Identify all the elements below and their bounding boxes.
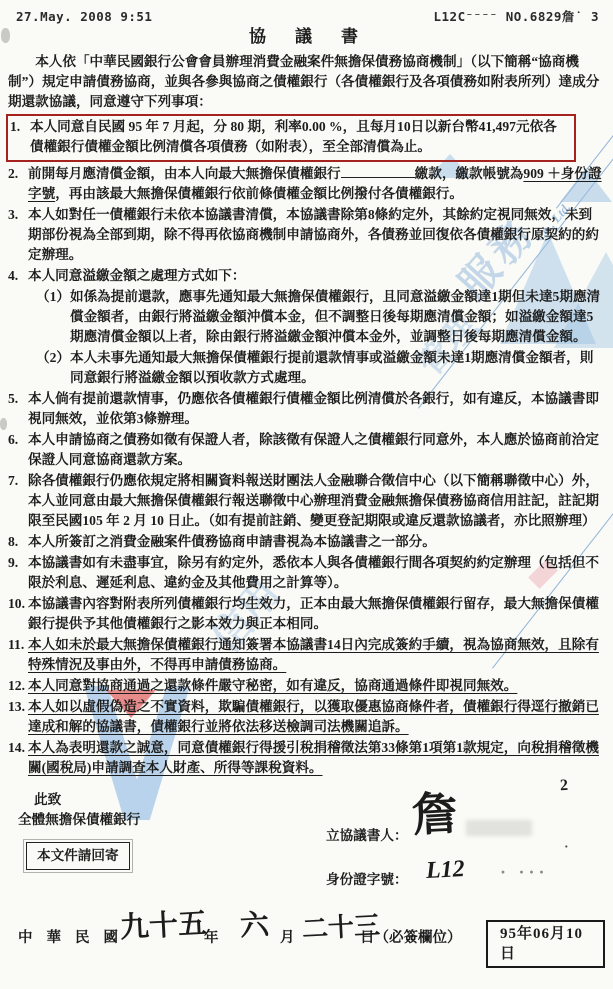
clause-text: 繳款，繳款帳號為 [415,166,524,181]
fax-timestamp: 27.May. 2008 9:51 [16,7,152,27]
id-number-label: 身份證字號： [326,870,408,890]
handwritten-mark: ˙ [564,842,569,862]
clause-9: 9.本協議書如有未盡事宜，除另有約定外，悉依本人與各債權銀行間各項契約約定辦理（… [8,553,605,593]
clause-13-underlined: 13.本人如以虛假偽造之不實資料，欺騙債權銀行，以獲取優惠協商條件者，債權銀行得… [8,697,605,737]
return-document-box: 本文件請回寄 [26,842,130,870]
clause-text: 本人如對任一債權銀行未依本協議書清償，本協議書除第8條約定外，其餘約定視同無效，… [28,207,599,262]
handwritten-month: 六 [239,915,269,936]
clause-number: 11. [8,635,28,655]
clause-8: 8.本人所簽訂之消費金融案件債務協商申請書視為本協議書之一部分。 [8,532,605,552]
clause-text: 本人如未於最大無擔保債權銀行通知簽署本協議書14日內完成簽約手續，視為協商無效，… [28,637,599,672]
date-line: 中華民國 九十五 年 六 月 二十三 日（必簽欄位） 95年06月10日 [8,918,605,968]
clause-number: 9. [8,553,28,573]
clause-3: 3.本人如對任一債權銀行未依本協議書清償，本協議書除第8條約定外，其餘約定視同無… [8,205,605,265]
clause-number: 7. [8,471,28,491]
page-title: 協 議 書 [8,27,605,47]
clause-text: 本協議書內容對附表所列債權銀行均生效力，正本由最大無擔保債權銀行留存，最大無擔保… [28,596,599,631]
clause-4-sub-1: （1）如係為提前還款，應事先通知最大無擔保債權銀行，且同意溢繳金額達1期但未達5… [8,287,605,347]
highlight-box: 1.本人同意自民國 95 年 7 月起，分 80 期，利率0.00 %，且每月1… [6,114,576,162]
clause-number: 6. [8,430,28,450]
clause-number: 1. [10,117,30,137]
clause-number: 5. [8,389,28,409]
signature-blur-smudge [466,820,532,836]
sub-number: （2） [36,350,70,365]
clause-12-underlined: 12.本人同意對協商通過之還款條件嚴守秘密，如有違反，協商通過條件即視同無效。 [8,676,605,696]
clause-4: 4.本人同意溢繳金額之處理方式如下： [8,266,605,286]
signer-label: 立協議書人： [326,826,408,846]
clause-7: 7.除各債權銀行仍應依規定將相關資料報送財團法人金融聯合徵信中心（以下簡稱聯徵中… [8,471,605,531]
fax-header: 27.May. 2008 9:51 L12C⁻⁻⁻⁻ NO.6829詹˙ 3 [8,5,605,27]
clause-text: 本人同意對協商通過之還款條件嚴守秘密，如有違反，協商通過條件即視同無效。 [28,678,517,693]
clause-11-underlined: 11.本人如未於最大無擔保債權銀行通知簽署本協議書14日內完成簽約手續，視為協商… [8,635,605,675]
clause-number: 8. [8,532,28,552]
handwritten-id-number: L12 [426,859,466,881]
handwritten-signature: 詹 [411,791,459,839]
scanned-agreement-page: 服務 Co., Ltd. 管理 信用 27.May. 2008 9:51 L12… [0,0,613,989]
clause-text: 本人倘有提前還款情事，仍應依各債權銀行債權金額比例清償於各銀行，如有違反，本協議… [28,391,599,426]
clause-text: 本人為表明還款之誠意，同意債權銀行得援引稅捐稽徵法第33條第1項第1款規定，向稅… [28,740,599,775]
clause-number: 4. [8,266,28,286]
roc-era-label: 中華民國 [18,928,132,948]
clause-10: 10.本協議書內容對附表所列債權銀行均生效力，正本由最大無擔保債權銀行留存，最大… [8,594,605,634]
clause-text: 除各債權銀行仍應依規定將相關資料報送財團法人金融聯合徵信中心（以下簡稱聯徵中心）… [28,473,599,528]
clause-text: ，再由該最大無擔保債權銀行依前條債權金額比例撥付各債權銀行。 [55,186,463,201]
handwritten-year: 九十五 [120,914,208,939]
closing-section: 此致 全體無擔保債權銀行 本文件請回寄 立協議書人： 詹 2 ˙ 身份證字號： … [8,790,605,989]
day-unit-and-required-note: 日（必簽欄位） [360,928,462,948]
fax-page-id: L12C⁻⁻⁻⁻ NO.6829詹˙ 3 [434,7,600,27]
clause-number: 13. [8,697,28,717]
clause-text: 本人同意溢繳金額之處理方式如下： [28,268,246,283]
date-stamp-box: 95年06月10日 [486,920,605,968]
year-unit: 年 [204,928,219,948]
clause-number: 12. [8,676,28,696]
clause-4-sub-2: （2）本人未事先通知最大無擔保債權銀行提前還款情事或溢繳金額未達1期應清償金額者… [8,348,605,388]
clause-text: 本人所簽訂之消費金融案件債務協商申請書視為本協議書之一部分。 [28,534,436,549]
month-unit: 月 [280,928,295,948]
clause-5: 5.本人倘有提前還款情事，仍應依各債權銀行債權金額比例清償於各銀行，如有違反，本… [8,389,605,429]
sub-text: 本人未事先通知最大無擔保債權銀行提前還款情事或溢繳金額未達1期應清償金額者，則同… [70,350,593,385]
clause-number: 2. [8,164,28,184]
salutation: 此致 [34,790,61,810]
addressee: 全體無擔保債權銀行 [18,810,140,830]
clause-text: 本協議書如有未盡事宜，除另有約定外，悉依本人與各債權銀行間各項契約約定辦理（包括… [28,555,599,590]
clause-text: 本人同意自民國 95 年 7 月起，分 80 期，利率0.00 %，且每月10日… [30,119,557,154]
clause-number: 14. [8,738,28,758]
clause-6: 6.本人申請協商之債務如徵有保證人者，除該徵有保證人之債權銀行同意外，本人應於協… [8,430,605,470]
clause-2: 2.前開每月應清償金額，由本人向最大無擔保債權銀行繳款，繳款帳號為909 ＋身份… [8,164,605,204]
clause-text: 本人如以虛假偽造之不實資料，欺騙債權銀行，以獲取優惠協商條件者，債權銀行得逕行撤… [28,699,599,734]
clause-14-underlined: 14.本人為表明還款之誠意，同意債權銀行得援引稅捐稽徵法第33條第1項第1款規定… [8,738,605,778]
clause-1: 1.本人同意自民國 95 年 7 月起，分 80 期，利率0.00 %，且每月1… [10,117,566,157]
faint-id-digits: · ··· [500,862,549,882]
intro-paragraph: 本人依「中華民國銀行公會會員辦理消費金融案件無擔保債務協商機制」（以下簡稱“協商… [8,52,605,112]
sub-text: 如係為提前還款，應事先通知最大無擔保債權銀行，且同意溢繳金額達1期但未達5期應清… [70,289,600,344]
fill-in-blank [341,165,415,178]
clause-text: 前開每月應清償金額，由本人向最大無擔保債權銀行 [28,166,341,181]
sub-number: （1） [36,289,70,304]
clause-text: 本人申請協商之債務如徵有保證人者，除該徵有保證人之債權銀行同意外，本人應於協商前… [28,432,599,467]
clause-number: 3. [8,205,28,225]
clause-number: 10. [8,594,28,614]
handwritten-mark: 2 [559,776,568,796]
clause-4-subitems: （1）如係為提前還款，應事先通知最大無擔保債權銀行，且同意溢繳金額達1期但未達5… [8,287,605,388]
